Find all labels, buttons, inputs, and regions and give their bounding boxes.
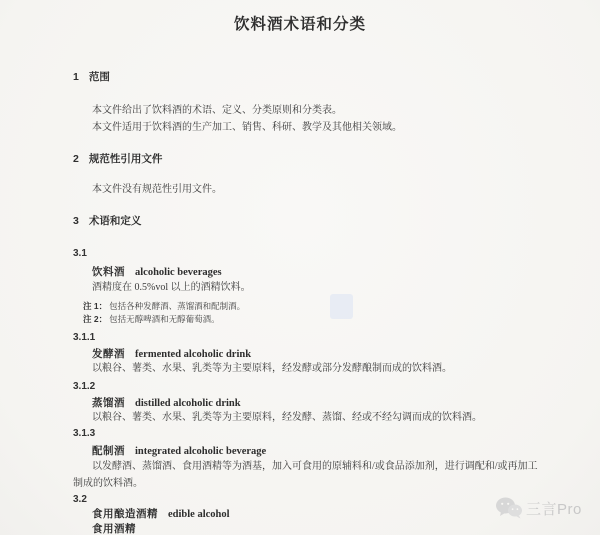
clause-1-para-1: 本文件给出了饮料酒的术语、定义、分类原则和分类表。 [92, 104, 342, 118]
term-3-1-2-line: 蒸馏酒distilled alcoholic drink [92, 396, 241, 411]
term-3-1-2-zh: 蒸馏酒 [92, 397, 125, 409]
wechat-logo-icon [495, 496, 523, 520]
document-page: 饮料酒术语和分类 1范围 本文件给出了饮料酒的术语、定义、分类原则和分类表。 本… [0, 0, 600, 535]
term-3-2-synonym-zh: 食用酒精 [92, 523, 136, 535]
term-3-1-1-en: fermented alcoholic drink [135, 349, 251, 360]
clause-1-number: 1 [73, 71, 79, 83]
document-title: 饮料酒术语和分类 [0, 18, 600, 32]
term-3-1-note-1: 注 1：包括各种发酵酒、蒸馏酒和配制酒。 [83, 299, 245, 313]
clause-1-heading: 1范围 [73, 70, 110, 84]
term-3-1-number: 3.1 [73, 247, 87, 261]
term-3-2-number: 3.2 [73, 493, 87, 507]
term-3-2-line: 食用酿造酒精edible alcohol [92, 507, 230, 522]
term-3-2-synonym: 食用酒精 [92, 522, 136, 535]
note-2-text: 包括无醇啤酒和无醇葡萄酒。 [109, 314, 220, 324]
clause-1-para-2: 本文件适用于饮料酒的生产加工、销售、科研、教学及其他相关领域。 [92, 121, 402, 135]
term-3-1-2-definition: 以粮谷、薯类、水果、乳类等为主要原料，经发酵、蒸馏、经或不经勾调而成的饮料酒。 [92, 411, 482, 425]
term-3-1-2-number: 3.1.2 [73, 380, 95, 394]
clause-1-title: 范围 [89, 71, 110, 83]
term-3-1-3-en: integrated alcoholic beverage [135, 446, 266, 457]
clause-2-para-1: 本文件没有规范性引用文件。 [92, 183, 222, 197]
note-1-text: 包括各种发酵酒、蒸馏酒和配制酒。 [109, 301, 245, 311]
term-3-1-line: 饮料酒alcoholic beverages [92, 265, 222, 280]
watermark-brand: 三言Pro [495, 495, 582, 521]
note-1-label: 注 1： [83, 301, 107, 311]
term-3-1-note-2: 注 2：包括无醇啤酒和无醇葡萄酒。 [83, 312, 220, 326]
term-3-1-1-line: 发酵酒fermented alcoholic drink [92, 347, 251, 362]
clause-2-title: 规范性引用文件 [89, 153, 163, 165]
clause-3-number: 3 [73, 215, 79, 227]
term-3-1-1-definition: 以粮谷、薯类、水果、乳类等为主要原料，经发酵或部分发酵酿制而成的饮料酒。 [92, 362, 452, 376]
term-3-1-3-zh: 配制酒 [92, 445, 125, 457]
term-3-1-1-zh: 发酵酒 [92, 348, 125, 360]
term-3-1-zh: 饮料酒 [92, 266, 125, 278]
watermark-badge [330, 294, 353, 319]
term-3-2-zh: 食用酿造酒精 [92, 508, 158, 520]
note-2-label: 注 2： [83, 314, 107, 324]
term-3-1-en: alcoholic beverages [135, 267, 222, 278]
clause-3-heading: 3术语和定义 [73, 214, 141, 228]
term-3-1-3-line: 配制酒integrated alcoholic beverage [92, 444, 266, 459]
term-3-1-definition: 酒精度在 0.5%vol 以上的酒精饮料。 [92, 281, 251, 295]
term-3-2-en: edible alcohol [168, 509, 230, 520]
term-3-1-3-definition: 以发酵酒、蒸馏酒、食用酒精等为酒基，加入可食用的原辅料和/或食品添加剂，进行调配… [73, 459, 541, 492]
term-3-1-3-number: 3.1.3 [73, 427, 95, 441]
clause-2-number: 2 [73, 153, 79, 165]
term-3-1-2-en: distilled alcoholic drink [135, 398, 241, 409]
watermark-brand-text: 三言Pro [526, 498, 582, 519]
clause-2-heading: 2规范性引用文件 [73, 152, 162, 166]
term-3-1-1-number: 3.1.1 [73, 331, 95, 345]
clause-3-title: 术语和定义 [89, 215, 142, 227]
